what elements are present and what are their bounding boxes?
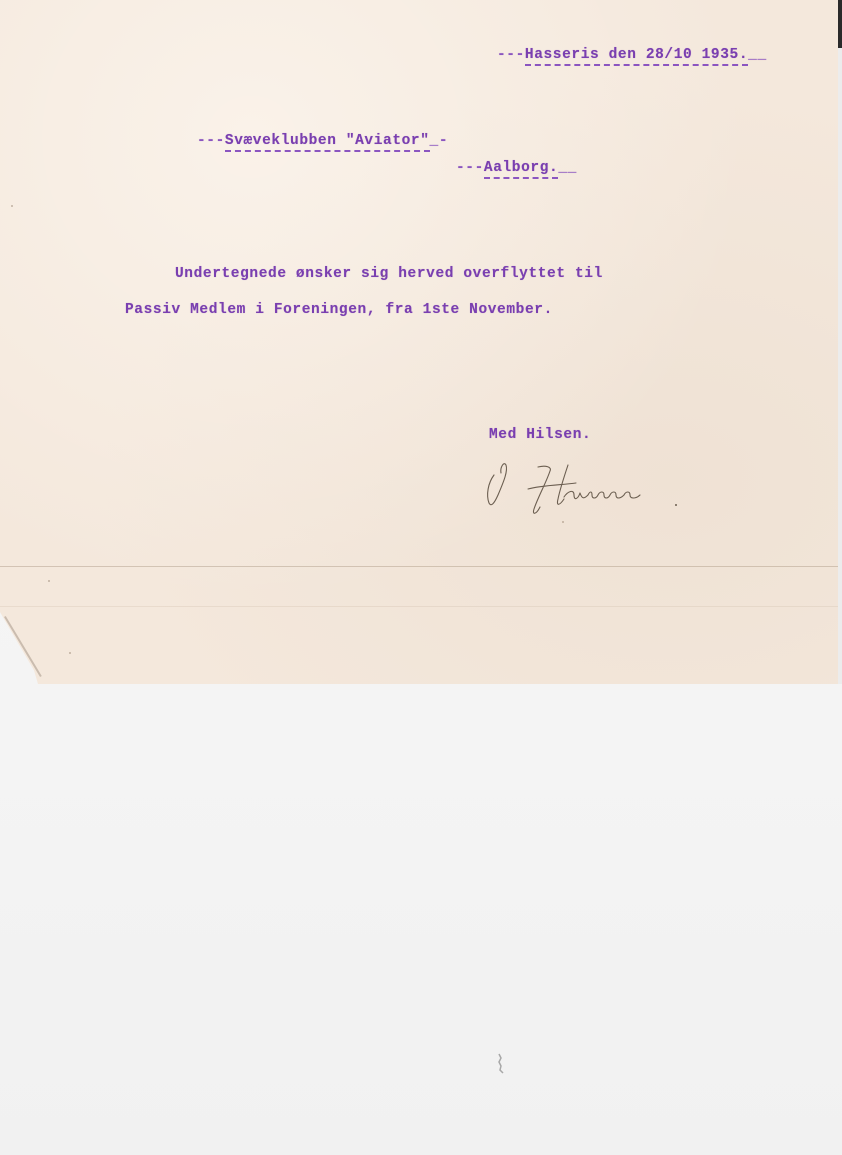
scan-edge-shadow bbox=[838, 0, 842, 48]
scan-dust-mark bbox=[496, 1052, 504, 1074]
letter-paper bbox=[0, 0, 838, 684]
paper-right-edge bbox=[838, 0, 842, 684]
paper-speck bbox=[69, 652, 71, 654]
body-line-2: Passiv Medlem i Foreningen, fra 1ste Nov… bbox=[125, 302, 553, 318]
place-date-line: ---Hasseris den 28/10 1935.__ bbox=[497, 47, 767, 63]
paper-speck bbox=[11, 205, 13, 207]
paper-speck bbox=[562, 521, 564, 523]
paper-fold-line bbox=[0, 566, 838, 567]
paper-speck bbox=[48, 580, 50, 582]
recipient-city: Aalborg. bbox=[484, 160, 558, 179]
place-date-text: Hasseris den 28/10 1935. bbox=[525, 47, 748, 66]
signature-strokes bbox=[480, 455, 700, 525]
recipient-city-line: ---Aalborg.__ bbox=[456, 160, 577, 176]
recipient-name: Svæveklubben "Aviator" bbox=[225, 133, 430, 152]
handwritten-signature bbox=[480, 455, 700, 525]
closing-salutation: Med Hilsen. bbox=[489, 427, 591, 443]
recipient-name-line: ---Svæveklubben "Aviator"_- bbox=[197, 133, 448, 149]
body-line-1: Undertegnede ønsker sig herved overflytt… bbox=[175, 266, 603, 282]
paper-speck bbox=[382, 275, 384, 277]
paper-crease bbox=[0, 606, 838, 607]
